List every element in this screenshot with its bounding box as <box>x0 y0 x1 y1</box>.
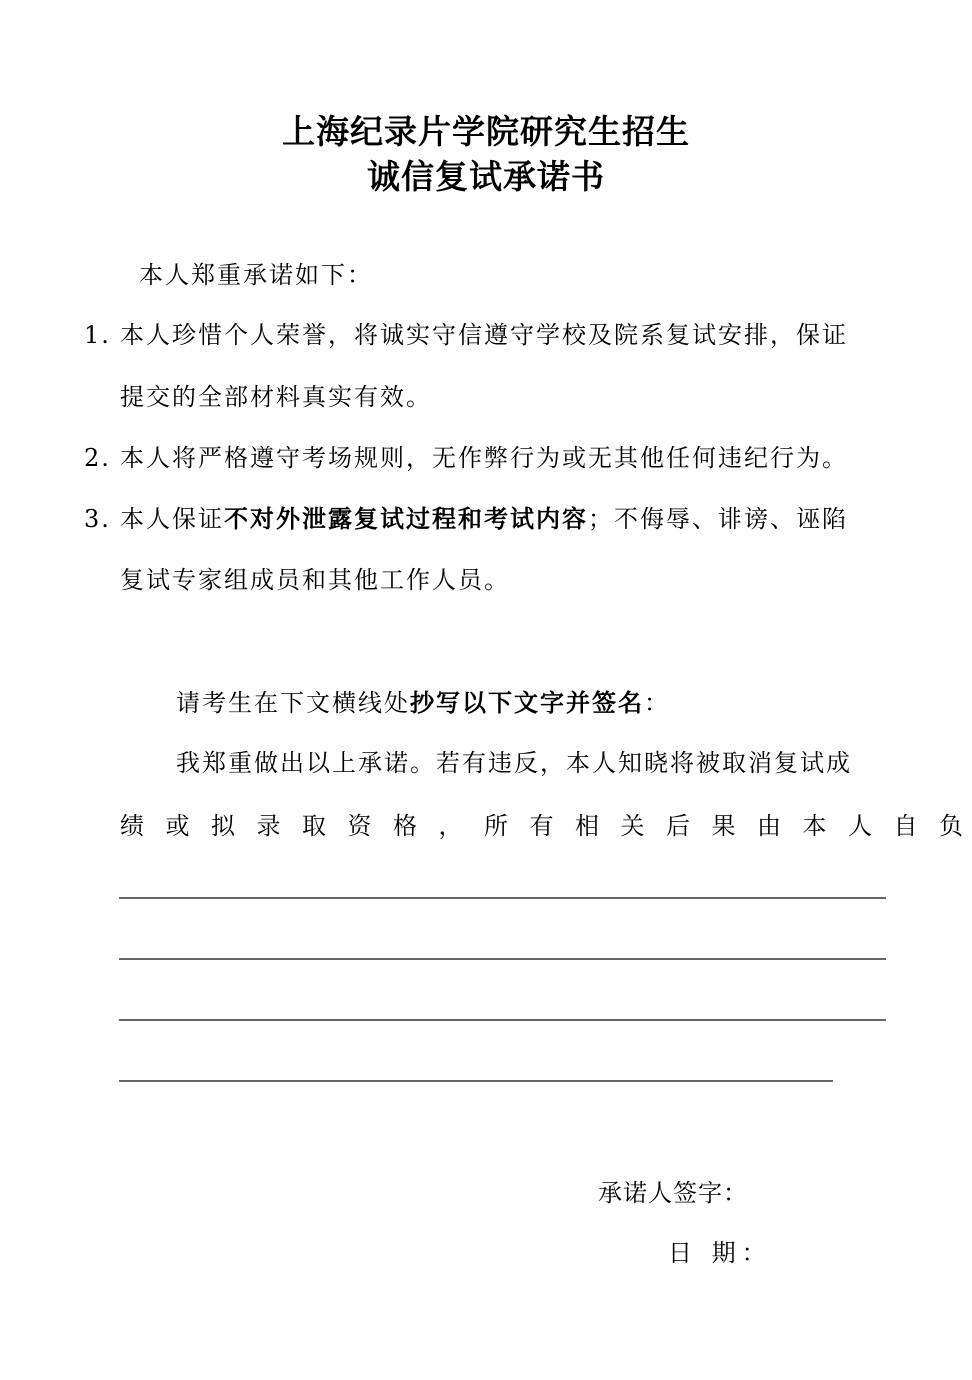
item-text: ；不侮辱、诽谤、诬陷 <box>588 505 848 533</box>
pledge-item-1: 1.本人珍惜个人荣誉，将诚实守信遵守学校及院系复试安排，保证 <box>84 320 848 350</box>
instruction-colon: ： <box>644 689 670 717</box>
item-text-emphasis: 不对外泄露复试过程和考试内容 <box>224 504 588 533</box>
pledge-statement-line-1: 我郑重做出以上承诺。若有违反，本人知晓将被取消复试成 <box>176 748 852 778</box>
item-number: 3. <box>84 504 120 534</box>
instruction-emphasis: 抄写以下文字并签名 <box>410 688 644 717</box>
copy-line-1[interactable] <box>119 897 886 899</box>
signature-label: 承诺人签字： <box>598 1178 748 1208</box>
pledge-item-2: 2.本人将严格遵守考场规则，无作弊行为或无其他任何违纪行为。 <box>84 443 848 473</box>
document-title-line-2: 诚信复试承诺书 <box>0 157 972 197</box>
copy-instruction: 请考生在下文横线处抄写以下文字并签名： <box>176 688 670 718</box>
item-text: 本人保证 <box>120 505 224 533</box>
copy-line-3[interactable] <box>119 1019 886 1021</box>
pledge-statement-line-2: 绩或拟录取资格，所有相关后果由本人自负。 <box>120 811 972 841</box>
instruction-text: 请考生在下文横线处 <box>176 689 410 717</box>
copy-line-2[interactable] <box>119 958 886 960</box>
item-number: 2. <box>84 443 120 473</box>
intro-text: 本人郑重承诺如下： <box>139 260 373 290</box>
item-text: 本人将严格遵守考场规则，无作弊行为或无其他任何违纪行为。 <box>120 444 848 472</box>
item-number: 1. <box>84 320 120 350</box>
document-title-line-1: 上海纪录片学院研究生招生 <box>0 112 972 152</box>
pledge-item-3: 3.本人保证不对外泄露复试过程和考试内容；不侮辱、诽谤、诬陷 <box>84 504 848 534</box>
date-label: 日 期： <box>668 1238 772 1268</box>
pledge-item-3-continued: 复试专家组成员和其他工作人员。 <box>120 565 510 595</box>
item-text: 本人珍惜个人荣誉，将诚实守信遵守学校及院系复试安排，保证 <box>120 321 848 349</box>
pledge-item-1-continued: 提交的全部材料真实有效。 <box>120 382 432 412</box>
copy-line-4[interactable] <box>119 1080 833 1082</box>
